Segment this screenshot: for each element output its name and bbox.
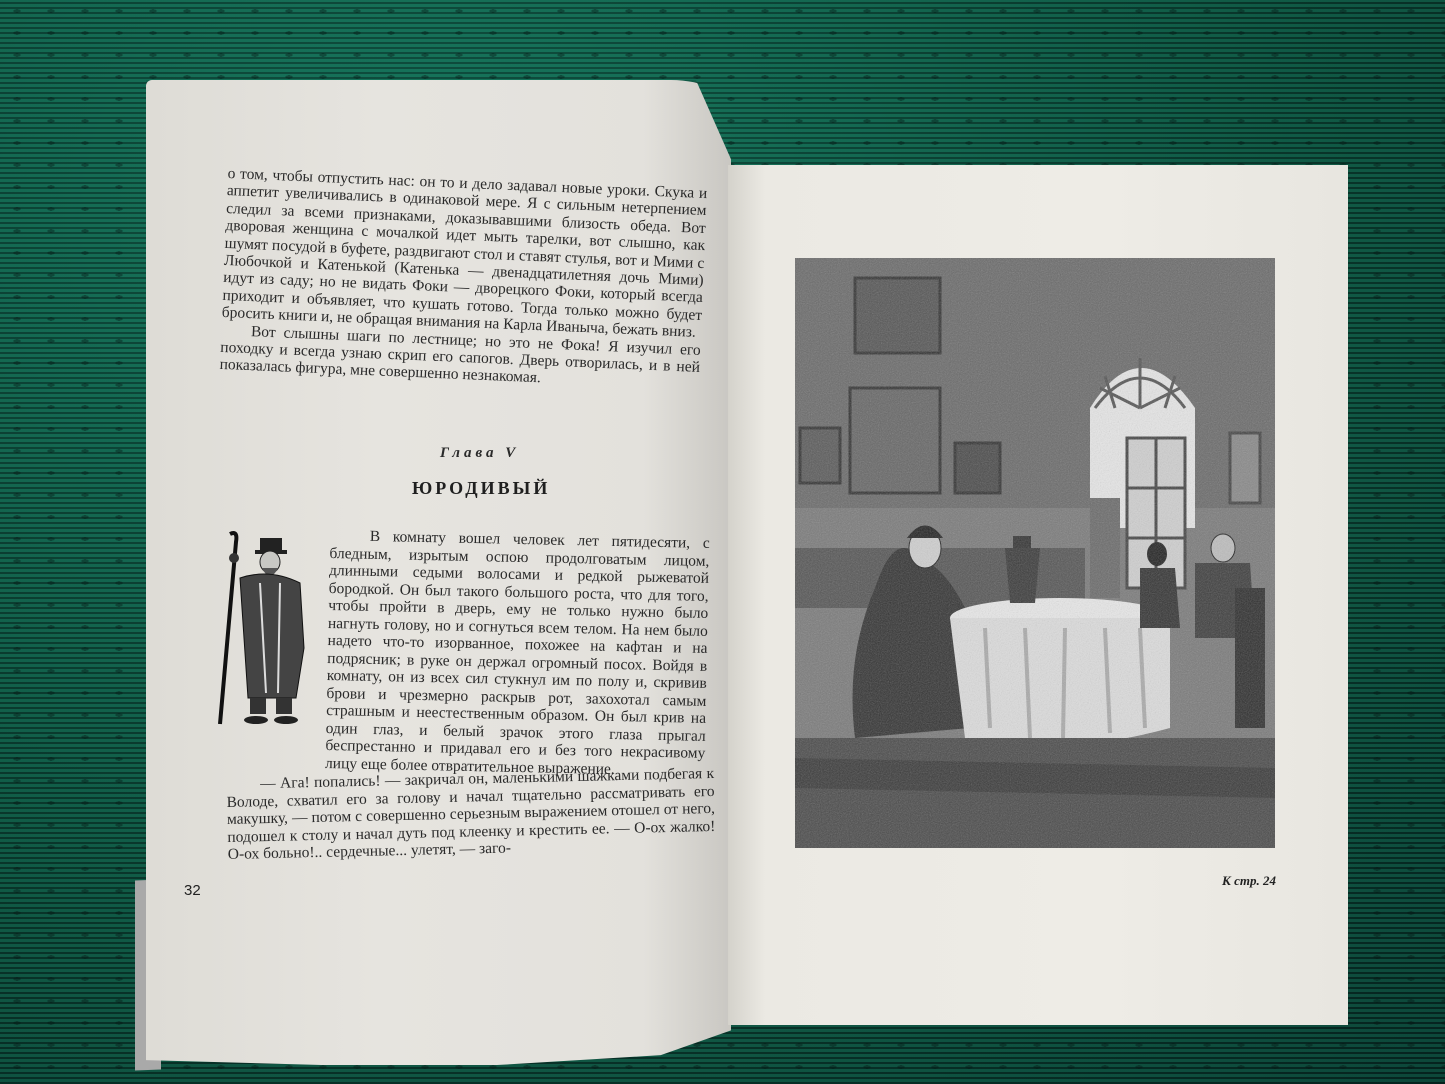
chapter-title: ЮРОДИВЫЙ xyxy=(412,478,550,499)
paragraph: В комнату вошел человек лет пятидесяти, … xyxy=(325,527,710,780)
holy-fool-illustration xyxy=(200,528,310,728)
continuation-text: о том, чтобы отпустить нас: он то и дело… xyxy=(219,165,707,394)
plate-caption: К стр. 24 xyxy=(1222,873,1276,889)
chapter-text-continued: — Ага! попались! — закричал он, маленьки… xyxy=(226,765,716,864)
plate-illustration xyxy=(795,258,1275,848)
paragraph: — Ага! попались! — закричал он, маленьки… xyxy=(226,765,716,864)
paragraph: о том, чтобы отпустить нас: он то и дело… xyxy=(221,165,707,342)
page-number: 32 xyxy=(184,882,201,899)
chapter-text: В комнату вошел человек лет пятидесяти, … xyxy=(325,527,710,780)
chapter-label: Глава V xyxy=(440,445,519,462)
